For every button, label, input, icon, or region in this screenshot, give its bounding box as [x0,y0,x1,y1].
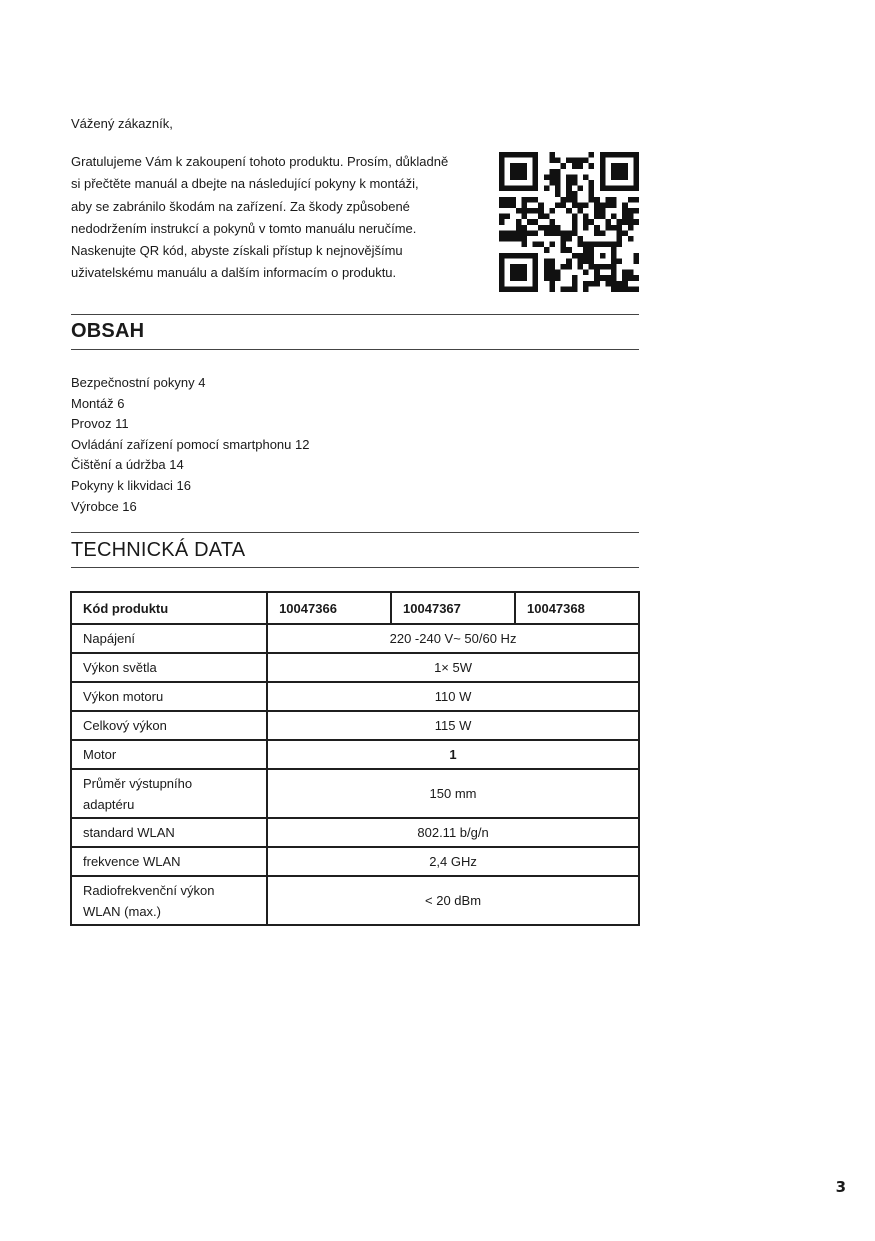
row-value: 802.11 b/g/n [267,818,639,847]
divider [71,349,639,350]
intro-line: Gratulujeme Vám k zakoupení tohoto produ… [71,151,481,173]
table-row: Výkon motoru 110 W [71,682,639,711]
row-value: 220 -240 V~ 50/60 Hz [267,624,639,653]
qr-code-icon[interactable] [499,152,639,292]
row-label: Celkový výkon [71,711,267,740]
toc-item[interactable]: Provoz 11 [71,414,309,435]
row-label-line: Průměr výstupního [83,776,192,791]
divider [71,532,639,533]
table-header-row: Kód produktu 10047366 10047367 10047368 [71,592,639,624]
section-title-contents: OBSAH [71,320,144,343]
row-label-line: WLAN (max.) [83,904,161,919]
row-label: Napájení [71,624,267,653]
table-row: Radiofrekvenční výkonWLAN (max.) < 20 dB… [71,876,639,925]
divider [71,314,639,315]
intro-line: Naskenujte QR kód, abyste získali přístu… [71,240,481,262]
row-label-line: Radiofrekvenční výkon [83,883,215,898]
row-value: < 20 dBm [267,876,639,925]
row-label: Motor [71,740,267,769]
row-value: 1× 5W [267,653,639,682]
toc-item[interactable]: Bezpečnostní pokyny 4 [71,373,309,394]
row-label: standard WLAN [71,818,267,847]
table-row: Napájení 220 -240 V~ 50/60 Hz [71,624,639,653]
toc-item[interactable]: Výrobce 16 [71,497,309,518]
row-label: Výkon motoru [71,682,267,711]
row-value: 115 W [267,711,639,740]
page-number: 3 [836,1178,846,1196]
table-row: Celkový výkon 115 W [71,711,639,740]
row-value: 110 W [267,682,639,711]
table-row: Motor 1 [71,740,639,769]
table-row: standard WLAN 802.11 b/g/n [71,818,639,847]
table-of-contents: Bezpečnostní pokyny 4 Montáž 6 Provoz 11… [71,373,309,517]
row-value: 150 mm [267,769,639,818]
intro-paragraph: Gratulujeme Vám k zakoupení tohoto produ… [71,151,481,285]
header-label: Kód produktu [71,592,267,624]
row-label-line: adaptéru [83,797,134,812]
row-label: Radiofrekvenční výkonWLAN (max.) [71,876,267,925]
table-row: Průměr výstupníhoadaptéru 150 mm [71,769,639,818]
intro-line: si přečtěte manuál a dbejte na následují… [71,173,481,195]
toc-item[interactable]: Montáž 6 [71,394,309,415]
row-value: 1 [267,740,639,769]
toc-item[interactable]: Čištění a údržba 14 [71,455,309,476]
intro-line: uživatelskému manuálu a dalším informací… [71,262,481,284]
product-code: 10047366 [267,592,391,624]
row-label: Průměr výstupníhoadaptéru [71,769,267,818]
row-label: Výkon světla [71,653,267,682]
product-code: 10047368 [515,592,639,624]
row-value: 2,4 GHz [267,847,639,876]
section-title-tech-data: TECHNICKÁ DATA [71,539,245,562]
table-row: frekvence WLAN 2,4 GHz [71,847,639,876]
table-row: Výkon světla 1× 5W [71,653,639,682]
divider [71,567,639,568]
product-code: 10047367 [391,592,515,624]
greeting: Vážený zákazník, [71,116,173,131]
toc-item[interactable]: Pokyny k likvidaci 16 [71,476,309,497]
intro-line: aby se zabránilo škodám na zařízení. Za … [71,196,481,218]
intro-line: nedodržením instrukcí a pokynů v tomto m… [71,218,481,240]
tech-data-table: Kód produktu 10047366 10047367 10047368 … [70,591,640,926]
toc-item[interactable]: Ovládání zařízení pomocí smartphonu 12 [71,435,309,456]
row-label: frekvence WLAN [71,847,267,876]
